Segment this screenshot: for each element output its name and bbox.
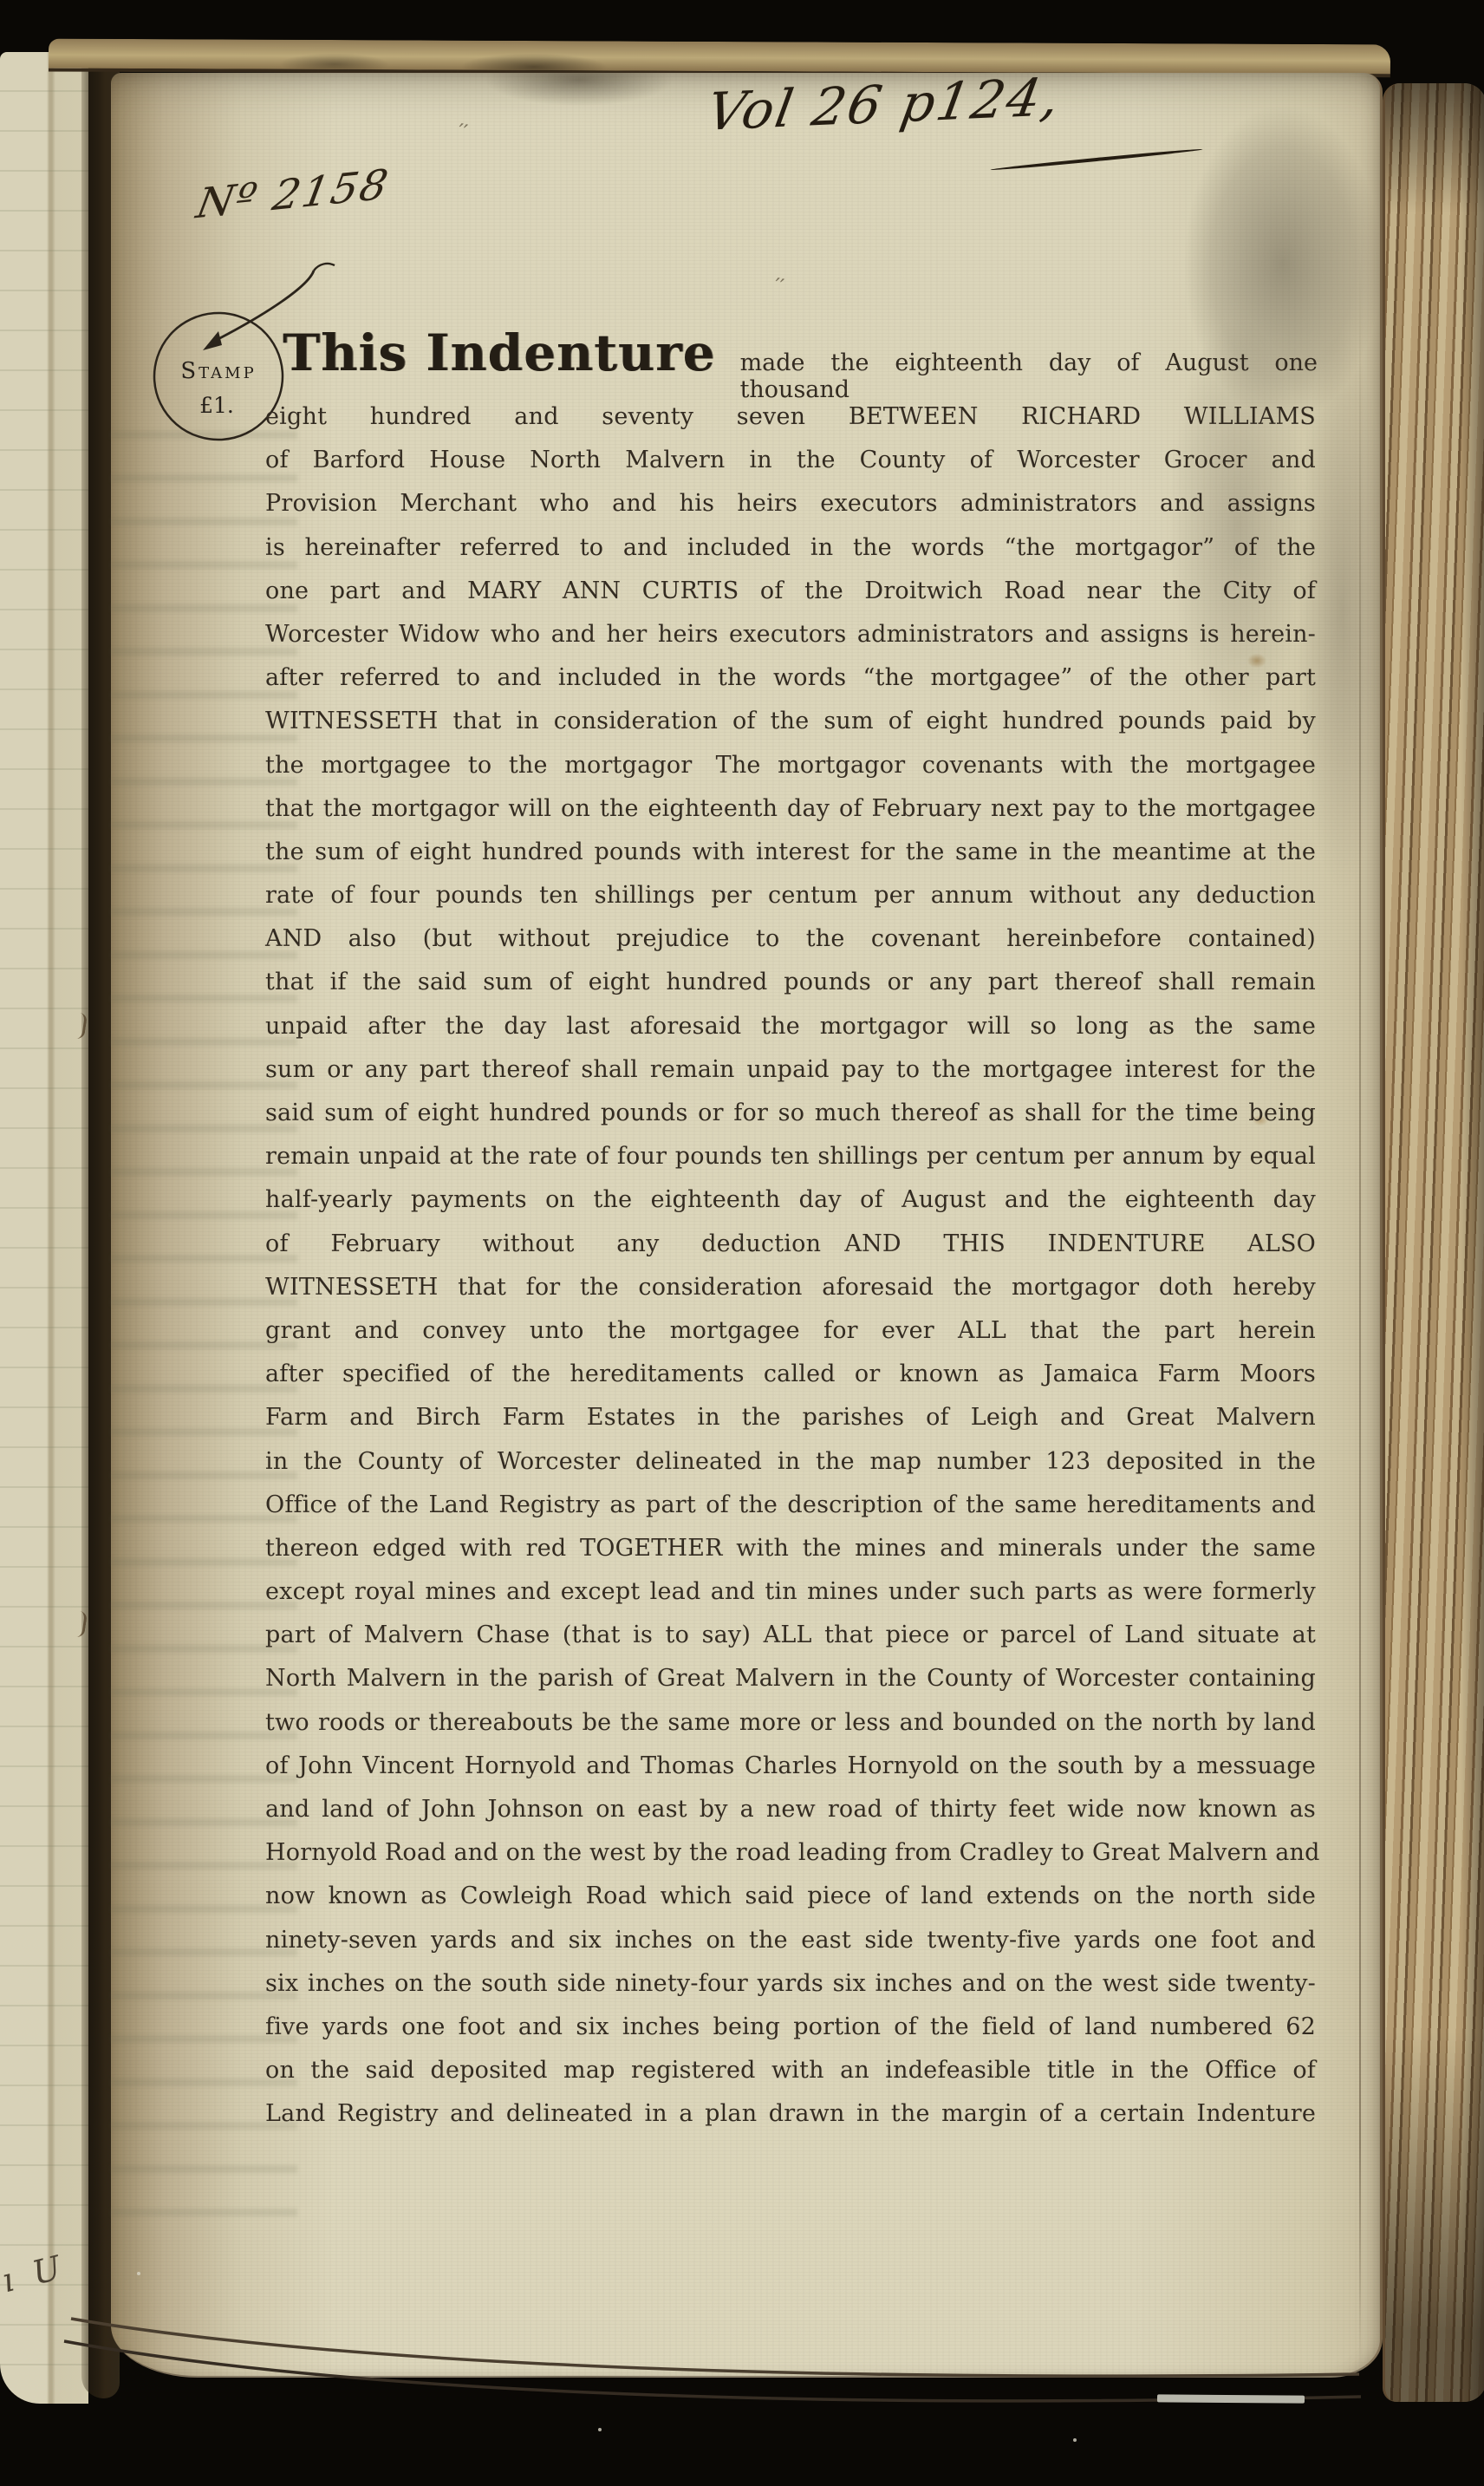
- body-line-36: now known as Cowleigh Road which said pi…: [265, 1875, 1316, 1918]
- body-line-41: Land Registry and delineated in a plan d…: [265, 2092, 1316, 2136]
- body-line-12: the sum of eight hundred pounds with int…: [265, 831, 1316, 874]
- body-line-33: of John Vincent Hornyold and Thomas Char…: [265, 1745, 1316, 1788]
- body-line-39: five yards one foot and six inches being…: [265, 2006, 1316, 2049]
- body-line-9: WITNESSETH that in consideration of the …: [265, 700, 1316, 743]
- book-top-edge: [49, 39, 1390, 78]
- body-line-40: on the said deposited map registered wit…: [265, 2049, 1316, 2092]
- body-line-13: rate of four pounds ten shillings per ce…: [265, 874, 1316, 917]
- body-line-11: that the mortgagor will on the eighteent…: [265, 787, 1316, 831]
- body-line-37: ninety-seven yards and six inches on the…: [265, 1919, 1316, 1962]
- body-line-26: in the County of Worcester delineated in…: [265, 1440, 1316, 1484]
- body-line-10: the mortgagee to the mortgagor The mortg…: [265, 744, 1316, 787]
- body-line-27: Office of the Land Registry as part of t…: [265, 1484, 1316, 1527]
- body-line-14: AND also (but without prejudice to the c…: [265, 917, 1316, 961]
- fore-edge-page-stack: [1383, 83, 1484, 2402]
- body-line-18: said sum of eight hundred pounds or for …: [265, 1092, 1316, 1135]
- dust-speck: [137, 2272, 140, 2275]
- body-line-5: is hereinafter referred to and included …: [265, 526, 1316, 570]
- body-line-4: Provision Merchant who and his heirs exe…: [265, 482, 1316, 525]
- dust-speck: [598, 2428, 602, 2431]
- dust-speck: [1073, 2438, 1077, 2442]
- stamp-value: £1.: [199, 393, 234, 418]
- body-line-19: remain unpaid at the rate of four pounds…: [265, 1135, 1316, 1178]
- page-edge-curve: [71, 2319, 1359, 2376]
- body-line-25: Farm and Birch Farm Estates in the paris…: [265, 1396, 1316, 1439]
- body-line-30: part of Malvern Chase (that is to say) A…: [265, 1614, 1316, 1657]
- body-line-6: one part and MARY ANN CURTIS of the Droi…: [265, 570, 1316, 613]
- body-line-16: unpaid after the day last aforesaid the …: [265, 1005, 1316, 1048]
- body-line-2: eight hundred and seventy seven BETWEEN …: [265, 395, 1316, 439]
- previous-page-edge: [0, 52, 88, 2404]
- body-line-8: after referred to and included in the wo…: [265, 656, 1316, 700]
- body-line-29: except royal mines and except lead and t…: [265, 1570, 1316, 1614]
- body-line-20: half-yearly payments on the eighteenth d…: [265, 1178, 1316, 1222]
- body-lines: eight hundred and seventy seven BETWEEN …: [265, 395, 1316, 2137]
- stamp-arrow-tail: [314, 264, 335, 271]
- body-line-21: of February without any deduction AND TH…: [265, 1223, 1316, 1266]
- bottom-page-edges: [52, 2261, 1387, 2461]
- body-line-32: two roods or thereabouts be the same mor…: [265, 1701, 1316, 1745]
- stamp-arrowhead-icon: [203, 331, 222, 350]
- body-line-24: after specified of the hereditaments cal…: [265, 1353, 1316, 1396]
- body-line-7: Worcester Widow who and her heirs execut…: [265, 613, 1316, 656]
- opening-line: This Indenture made the eighteenth day o…: [283, 328, 1318, 403]
- blackletter-opening-words: This Indenture: [283, 328, 716, 378]
- body-line-3: of Barford House North Malvern in the Co…: [265, 439, 1316, 482]
- body-line-31: North Malvern in the parish of Great Mal…: [265, 1657, 1316, 1700]
- body-line-38: six inches on the south side ninety-four…: [265, 1962, 1316, 2006]
- body-line-22: WITNESSETH that for the consideration af…: [265, 1266, 1316, 1309]
- body-line-15: that if the said sum of eight hundred po…: [265, 961, 1316, 1004]
- register-book-photo: ı U Vol 26 p124, Nº 2158 ′′ ′′ Stamp £1.…: [0, 0, 1484, 2486]
- bottom-edge-highlight: [1157, 2394, 1305, 2403]
- stamp-word: Stamp: [180, 358, 256, 384]
- body-line-17: sum or any part thereof shall remain unp…: [265, 1048, 1316, 1092]
- page-edge-crease-line: [1359, 73, 1361, 2376]
- body-line-23: grant and convey unto the mortgagee for …: [265, 1309, 1316, 1353]
- body-line-28: thereon edged with red TOGETHER with the…: [265, 1527, 1316, 1570]
- body-line-35: Hornyold Road and on the west by the roa…: [265, 1831, 1316, 1875]
- body-line-34: and land of John Johnson on east by a ne…: [265, 1788, 1316, 1831]
